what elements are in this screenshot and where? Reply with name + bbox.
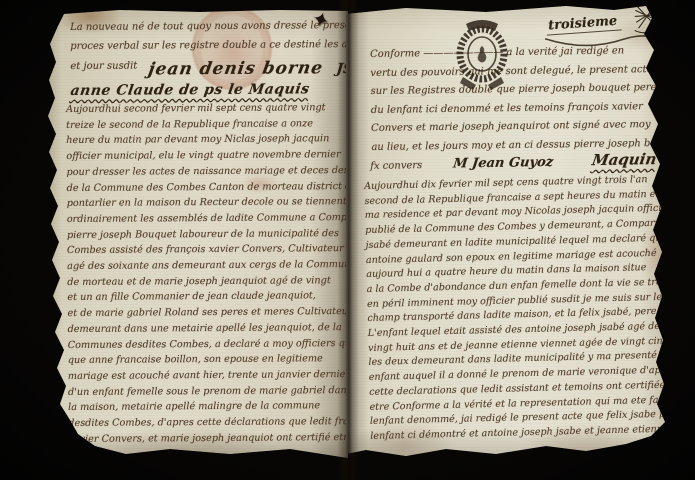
signature-row: et jour susdit jean denis borne JS.B (70, 55, 386, 81)
manuscript-line: La nouveau né de tout quoy nous avons dr… (70, 16, 386, 37)
signature-jean-denis-borne: jean denis borne (147, 59, 325, 79)
birth-act-right: Aujourdhui dix fevrier mil sept cens qua… (364, 172, 695, 445)
manuscript-left-page: ✦ La nouveau né de tout quoy nous avons … (40, 8, 348, 464)
page-annotation-wrap: troisieme (545, 9, 621, 33)
manuscript-line: mariage est acouché avant hier, trente u… (68, 367, 394, 385)
signature-maquin: Maquin (591, 150, 658, 169)
signature-intro-text: et jour susdit (70, 61, 137, 72)
archival-document-scan: ✦ La nouveau né de tout quoy nous avons … (0, 0, 695, 480)
birth-act-left: Aujourdhui second fevrier mil sept cens … (66, 100, 394, 448)
manuscript-line: agé des soixante ans demeurant aux cergs… (67, 257, 393, 275)
manuscript-right-page: troisieme Conforme ———————— a la verité (346, 4, 674, 466)
certification-note: Conforme ———————— a la verité jai redigé… (370, 42, 686, 158)
previous-act-closing: La nouveau né de tout quoy nous avons dr… (70, 16, 387, 106)
manuscript-line: Communes desdites Combes, a declaré a mo… (68, 335, 394, 353)
manuscript-line: ordinairement les assemblés de ladite Co… (67, 210, 393, 228)
signature-jean-guyoz: M Jean Guyoz (452, 155, 554, 172)
paraph-icon (631, 1, 663, 37)
manuscript-line: d'un enfant femelle sous le prenom de ma… (68, 382, 394, 400)
manuscript-line: et de marie gabriel Roland ses peres et … (67, 304, 393, 322)
certification-signatures: fx convers M Jean Guyoz Maquin (370, 149, 657, 173)
signature-anne-claude: anne Claude de ps le Maquis (69, 80, 311, 101)
manuscript-line: proces verbal sur les registre double a … (70, 35, 386, 56)
manuscript-line: xavier Convers, et marie joseph jeanquio… (68, 429, 394, 447)
manuscript-line: pour dresser les actes de naissance mari… (66, 163, 392, 181)
signature-fx-convers: fx convers (370, 160, 422, 172)
revenue-stamp-icon (452, 18, 512, 90)
